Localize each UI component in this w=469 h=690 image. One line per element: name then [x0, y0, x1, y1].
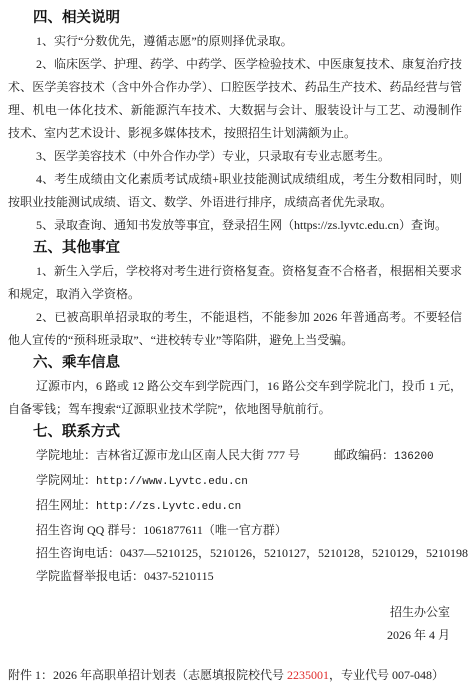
section-6-heading: 六、乘车信息 [8, 352, 462, 375]
contact-admissions-site-line: 招生网址：http://zs.Lyvtc.edu.cn [8, 494, 462, 519]
section-5-paragraph-2: 2、已被高职单招录取的考生，不能退档，不能参加 2026 年普通高考。不要轻信他… [8, 306, 462, 352]
signature-date: 2026 年 4 月 [8, 624, 450, 647]
college-code-highlight: 2235001 [287, 668, 329, 682]
signature-block: 招生办公室 2026 年 4 月 [8, 601, 462, 647]
admissions-site-url: http://zs.Lyvtc.edu.cn [96, 501, 241, 513]
contact-report-phone-line: 学院监督举报电话：0437-5210115 [8, 565, 462, 588]
report-phone-number: 0437-5210115 [144, 569, 214, 583]
section-4-paragraph-3: 3、医学美容技术（中外合作办学）专业，只录取有专业志愿考生。 [8, 145, 462, 168]
attachment-text-suffix: ，专业代号 007-048） [329, 668, 444, 682]
admission-notice-document: 四、相关说明 1、实行“分数优先，遵循志愿”的原则择优录取。 2、临床医学、护理… [0, 0, 469, 690]
address-value: 吉林省辽源市龙山区南人民大街 777 号 [96, 448, 300, 462]
attachment-note: 附件 1：2026 年高职单招计划表（志愿填报院校代号 2235001，专业代号… [8, 664, 462, 687]
section-4-paragraph-2: 2、临床医学、护理、药学、中药学、医学检验技术、中医康复技术、康复治疗技术、医学… [8, 53, 462, 145]
address-label: 学院地址： [36, 448, 96, 462]
signature-office: 招生办公室 [8, 601, 450, 624]
section-5-heading: 五、其他事宜 [8, 237, 462, 260]
website-url: http://www.Lyvtc.edu.cn [96, 476, 248, 488]
attachment-text-prefix: 附件 1：2026 年高职单招计划表（志愿填报院校代号 [8, 668, 287, 682]
qq-group-label: 招生咨询 QQ 群号： [36, 523, 143, 537]
website-label: 学院网址： [36, 473, 96, 487]
section-4-heading: 四、相关说明 [8, 7, 462, 30]
admissions-site-label: 招生网址： [36, 498, 96, 512]
contact-website-line: 学院网址：http://www.Lyvtc.edu.cn [8, 469, 462, 494]
qq-group-value: 1061877611（唯一官方群） [143, 523, 287, 537]
contact-phone-line: 招生咨询电话：0437—5210125，5210126，5210127，5210… [8, 542, 462, 565]
section-4-paragraph-1: 1、实行“分数优先，遵循志愿”的原则择优录取。 [8, 30, 462, 53]
report-phone-label: 学院监督举报电话： [36, 569, 144, 583]
contact-address-line: 学院地址：吉林省辽源市龙山区南人民大街 777 号邮政编码：136200 [8, 444, 462, 469]
postal-code-label: 邮政编码： [334, 448, 394, 462]
postal-code-value: 136200 [394, 451, 434, 463]
section-4-paragraph-5: 5、录取查询、通知书发放等事宜，登录招生网（https://zs.lyvtc.e… [8, 214, 462, 237]
section-7-heading: 七、联系方式 [8, 421, 462, 444]
section-5-paragraph-1: 1、新生入学后，学校将对考生进行资格复查。资格复查不合格者，根据相关要求和规定，… [8, 260, 462, 306]
phone-label: 招生咨询电话： [36, 546, 120, 560]
section-4-paragraph-4: 4、考生成绩由文化素质考试成绩+职业技能测试成绩组成，考生分数相同时，则按职业技… [8, 168, 462, 214]
section-6-paragraph-1: 辽源市内，6 路或 12 路公交车到学院西门，16 路公交车到学院北门，投币 1… [8, 375, 462, 421]
phone-numbers: 0437—5210125，5210126，5210127，5210128，521… [120, 546, 468, 560]
contact-qq-line: 招生咨询 QQ 群号：1061877611（唯一官方群） [8, 519, 462, 542]
